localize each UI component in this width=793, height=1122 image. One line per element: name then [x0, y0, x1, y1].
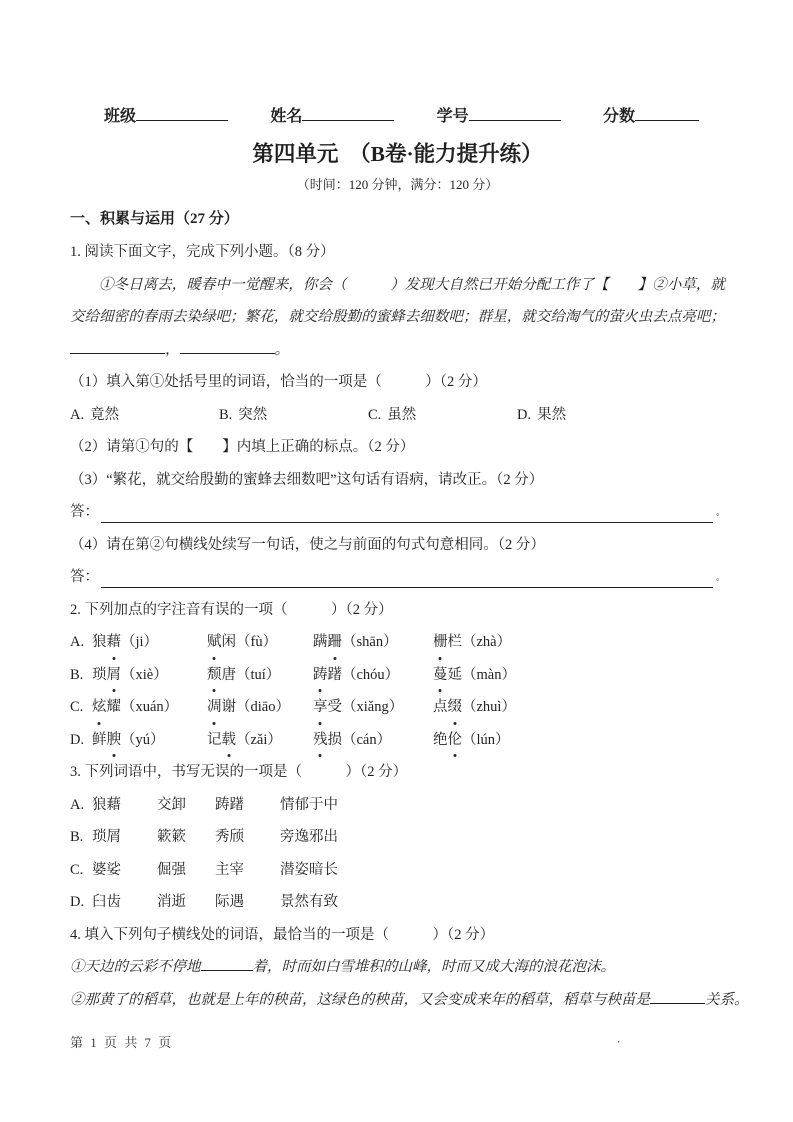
- answer-blank-underline: [101, 500, 713, 523]
- q3-row-a: A. 狼藉 交卸 踌躇 情郁于中: [70, 789, 725, 822]
- q1-sub2-stem: （2）请第①句的【 】内填上正确的标点。（2 分）: [70, 431, 725, 464]
- pinyin: （fù）: [236, 634, 277, 650]
- student-info-row: 班级 姓名 学号 分数: [70, 100, 725, 126]
- dotted-char: 颓: [207, 659, 222, 692]
- word-post: 耀: [107, 699, 122, 715]
- answer-end-mark: 。: [716, 561, 725, 594]
- q1-sub4-answer-line: 答： 。: [70, 561, 725, 594]
- pinyin: （màn）: [462, 667, 516, 683]
- word-pre: 点: [433, 699, 448, 715]
- pinyin-item: 踌躇（chóu）: [313, 659, 433, 692]
- word: 消逝: [157, 886, 215, 919]
- q3-row-b: B. 琐屑 簌簌 秀颀 旁逸邪出: [70, 821, 725, 854]
- word-pre: 绝: [433, 732, 448, 748]
- dotted-char: 腴: [107, 724, 122, 757]
- pinyin: （shān）: [342, 634, 398, 650]
- q1-passage-blank-1: [70, 340, 165, 354]
- option-a-label: A.: [70, 407, 84, 423]
- q1-sub4-stem: （4）请在第②句横线处续写一句话，使之与前面的句式句意相同。（2 分）: [70, 529, 725, 562]
- answer-label: 答：: [70, 561, 99, 594]
- exam-paper-page: 班级 姓名 学号 分数 第四单元 （B卷·能力提升练） （时间：120 分钟，满…: [0, 0, 793, 1122]
- q4-sentence-2: ②那黄了的稻草，也就是上年的秧苗，这绿色的秧苗，又会变成来年的稻草，稻草与秧苗是…: [70, 984, 725, 1017]
- word: 秀颀: [215, 821, 280, 854]
- pinyin: （zhuì）: [462, 699, 516, 715]
- word-post: 受: [328, 699, 343, 715]
- pinyin: （xuán）: [121, 699, 178, 715]
- q1-passage-blank-2: [180, 340, 275, 354]
- row-label: D.: [70, 724, 92, 757]
- word: 主宰: [215, 854, 280, 887]
- dotted-char: 缀: [448, 691, 463, 724]
- pinyin-item: 绝伦（lún）: [433, 724, 510, 757]
- pinyin: （xiè）: [121, 667, 168, 683]
- word: 际遇: [215, 886, 280, 919]
- dotted-char: 凋: [207, 691, 222, 724]
- option-c-label: C.: [368, 407, 381, 423]
- pinyin: （lún）: [462, 732, 510, 748]
- name-field: 姓名: [270, 103, 394, 126]
- pinyin-item: 凋谢（diāo）: [207, 691, 313, 724]
- pinyin-item: 狼藉（ji）: [92, 626, 207, 659]
- q1-passage: ①冬日离去，暖春中一觉醒来，你会（ ）发现大自然已开始分配工作了【 】②小草，就…: [70, 269, 725, 367]
- score-field: 分数: [603, 103, 699, 126]
- pinyin-item: 享受（xiǎng）: [313, 691, 433, 724]
- q2-row-c: C. 炫耀（xuán） 凋谢（diāo） 享受（xiǎng） 点缀（zhuì）: [70, 691, 725, 724]
- name-blank-underline: [302, 107, 394, 121]
- option-c: C.虽然: [368, 399, 517, 432]
- pinyin-item: 鲜腴（yú）: [92, 724, 207, 757]
- q3-row-c: C. 婆娑 倔强 主宰 潜姿暗长: [70, 854, 725, 887]
- q2-stem: 2. 下列加点的字注音有误的一项（ ）（2 分）: [70, 594, 725, 627]
- dotted-char: 蔓: [433, 659, 448, 692]
- word: 交卸: [157, 789, 215, 822]
- pinyin-item: 赋闲（fù）: [207, 626, 313, 659]
- word: 旁逸邪出: [280, 821, 338, 854]
- option-d-text: 果然: [537, 407, 566, 423]
- q4-stem: 4. 填入下列句子横线处的词语，最恰当的一项是（ ）（2 分）: [70, 919, 725, 952]
- class-blank-underline: [136, 107, 228, 121]
- dotted-char: 载: [222, 724, 237, 757]
- answer-end-mark: 。: [716, 496, 725, 529]
- score-label: 分数: [603, 108, 635, 125]
- word: 景然有致: [280, 886, 338, 919]
- word-post: 损: [328, 732, 343, 748]
- option-c-text: 虽然: [387, 407, 416, 423]
- stray-dot-mark: ．: [617, 1030, 628, 1046]
- dotted-char: 踌: [313, 659, 328, 692]
- word-pre: 狼: [92, 634, 107, 650]
- word-post: 延: [448, 667, 463, 683]
- pinyin-item: 琐屑（xiè）: [92, 659, 207, 692]
- dotted-char: 残: [313, 724, 328, 757]
- dotted-char: 伦: [448, 724, 463, 757]
- dotted-char: 享: [313, 691, 328, 724]
- pinyin: （zǎi）: [236, 732, 282, 748]
- class-field: 班级: [104, 103, 228, 126]
- option-b-label: B.: [219, 407, 232, 423]
- pinyin-item: 颓唐（tuí）: [207, 659, 313, 692]
- word: 臼齿: [92, 886, 157, 919]
- pinyin-item: 记载（zǎi）: [207, 724, 313, 757]
- row-label: B.: [70, 821, 92, 854]
- sentence-pre: ①天边的云彩不停地: [70, 959, 201, 975]
- score-blank-underline: [635, 107, 699, 121]
- row-label: A.: [70, 789, 92, 822]
- pinyin: （diāo）: [236, 699, 290, 715]
- dotted-char: 赋: [207, 626, 222, 659]
- q2-row-a: A. 狼藉（ji） 赋闲（fù） 蹒跚（shān） 栅栏（zhà）: [70, 626, 725, 659]
- pinyin-item: 栅栏（zhà）: [433, 626, 511, 659]
- pinyin: （zhà）: [462, 634, 511, 650]
- option-d-label: D.: [517, 407, 531, 423]
- dotted-char: 藉: [107, 626, 122, 659]
- word-post: 躇: [328, 667, 343, 683]
- row-label: A.: [70, 626, 92, 659]
- section-heading: 一、积累与运用（27 分）: [70, 207, 725, 231]
- pinyin-item: 点缀（zhuì）: [433, 691, 516, 724]
- word: 踌躇: [215, 789, 280, 822]
- dotted-char: 跚: [328, 626, 343, 659]
- word-pre: 蹒: [313, 634, 328, 650]
- pinyin: （yú）: [121, 732, 165, 748]
- paper-title: 第四单元 （B卷·能力提升练）: [70, 139, 725, 169]
- sentence-post: 着，时而如白雪堆积的山峰，时而又成大海的浪花泡沫。: [253, 959, 616, 975]
- pinyin-item: 残损（cán）: [313, 724, 433, 757]
- q1-sub3-answer-line: 答： 。: [70, 496, 725, 529]
- class-label: 班级: [104, 108, 136, 125]
- sentence-pre: ②那黄了的稻草，也就是上年的秧苗，这绿色的秧苗，又会变成来年的稻草，稻草与秧苗是: [70, 992, 650, 1008]
- sentence-blank-underline: [650, 990, 705, 1004]
- option-b: B.突然: [219, 399, 368, 432]
- paper-subtitle: （时间：120 分钟，满分：120 分）: [70, 176, 725, 194]
- word: 倔强: [157, 854, 215, 887]
- pinyin: （xiǎng）: [342, 699, 403, 715]
- pinyin-item: 炫耀（xuán）: [92, 691, 207, 724]
- word-post: 唐: [222, 667, 237, 683]
- sentence-blank-underline: [201, 957, 253, 971]
- word-post: 栏: [448, 634, 463, 650]
- row-label: C.: [70, 691, 92, 724]
- answer-label: 答：: [70, 496, 99, 529]
- word: 潜姿暗长: [280, 854, 338, 887]
- row-label: D.: [70, 886, 92, 919]
- word: 情郁于中: [280, 789, 338, 822]
- q3-stem: 3. 下列词语中，书写无误的一项是（ ）（2 分）: [70, 756, 725, 789]
- q1-sub1-stem: （1）填入第①处括号里的词语，恰当的一项是（ ）（2 分）: [70, 366, 725, 399]
- row-label: C.: [70, 854, 92, 887]
- page-number-footer: 第 1 页 共 7 页: [70, 1032, 173, 1051]
- option-a: A.竟然: [70, 399, 219, 432]
- word-pre: 鲜: [92, 732, 107, 748]
- pinyin: （tuí）: [236, 667, 280, 683]
- q2-row-d: D. 鲜腴（yú） 记载（zǎi） 残损（cán） 绝伦（lún）: [70, 724, 725, 757]
- pinyin-item: 蔓延（màn）: [433, 659, 516, 692]
- dotted-char: 栅: [433, 626, 448, 659]
- word: 狼藉: [92, 789, 157, 822]
- row-label: B.: [70, 659, 92, 692]
- option-d: D.果然: [517, 399, 566, 432]
- student-id-blank-underline: [469, 107, 561, 121]
- name-label: 姓名: [270, 108, 302, 125]
- pinyin: （ji）: [121, 634, 158, 650]
- q1-sub1-options: A.竟然 B.突然 C.虽然 D.果然: [70, 399, 725, 432]
- q1-stem: 1. 阅读下面文字，完成下列小题。（8 分）: [70, 236, 725, 269]
- dotted-char: 屑: [107, 659, 122, 692]
- q1-passage-separator: ，: [165, 342, 180, 358]
- word: 琐屑: [92, 821, 157, 854]
- word: 婆娑: [92, 854, 157, 887]
- word-post: 闲: [222, 634, 237, 650]
- pinyin-item: 蹒跚（shān）: [313, 626, 433, 659]
- pinyin: （cán）: [342, 732, 391, 748]
- word: 簌簌: [157, 821, 215, 854]
- q3-row-d: D. 臼齿 消逝 际遇 景然有致: [70, 886, 725, 919]
- student-id-label: 学号: [437, 108, 469, 125]
- word-post: 谢: [222, 699, 237, 715]
- q2-row-b: B. 琐屑（xiè） 颓唐（tuí） 踌躇（chóu） 蔓延（màn）: [70, 659, 725, 692]
- q1-passage-text: ①冬日离去，暖春中一觉醒来，你会（ ）发现大自然已开始分配工作了【 】②小草，就…: [70, 277, 725, 326]
- option-a-text: 竟然: [90, 407, 119, 423]
- sentence-post: 关系。: [705, 992, 749, 1008]
- q1-sub3-stem: （3）“繁花，就交给殷勤的蜜蜂去细数吧”这句话有语病，请改正。（2 分）: [70, 464, 725, 497]
- pinyin: （chóu）: [342, 667, 399, 683]
- word-pre: 琐: [92, 667, 107, 683]
- option-b-text: 突然: [238, 407, 267, 423]
- student-id-field: 学号: [437, 103, 561, 126]
- answer-blank-underline: [101, 565, 713, 588]
- q1-passage-end-mark: 。: [275, 342, 290, 358]
- dotted-char: 炫: [92, 691, 107, 724]
- word-pre: 记: [207, 732, 222, 748]
- q4-sentence-1: ①天边的云彩不停地着，时而如白雪堆积的山峰，时而又成大海的浪花泡沫。: [70, 951, 725, 984]
